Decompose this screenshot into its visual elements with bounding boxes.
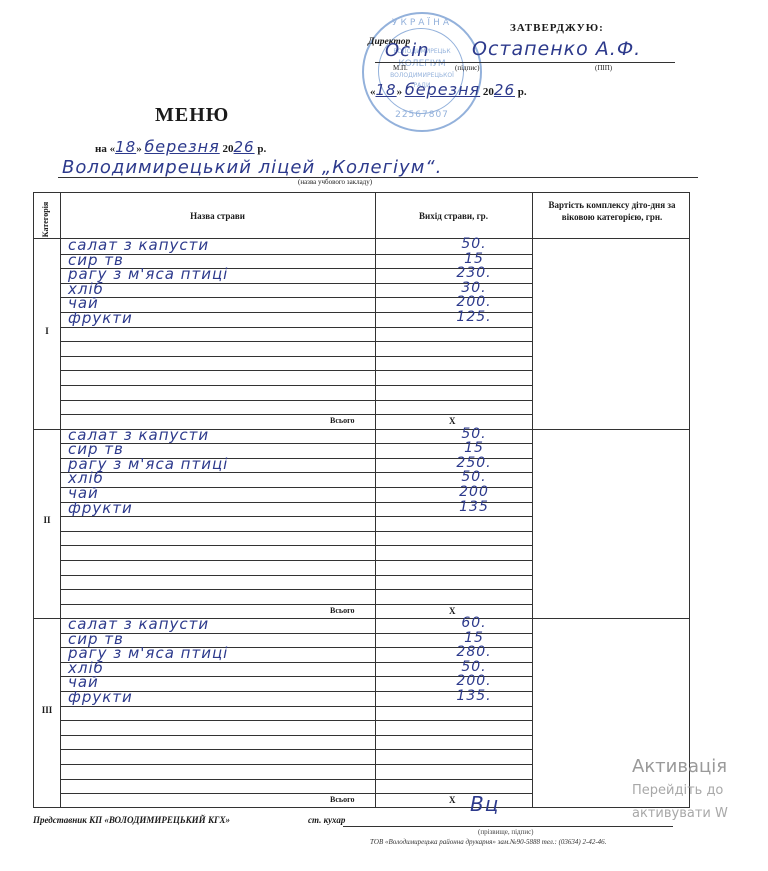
- menu-date: на «18» березня 2026 р.: [95, 137, 266, 156]
- row-line: [60, 720, 532, 721]
- col-divider-dish: [375, 193, 376, 807]
- signature-line: [375, 62, 675, 63]
- dish-output: 30.: [429, 280, 519, 296]
- dish-output: 230.: [429, 265, 519, 281]
- menu-title: МЕНЮ: [155, 104, 229, 127]
- menu-month: березня: [144, 137, 219, 156]
- dish-output: 15: [429, 440, 519, 456]
- dish-output: 50.: [429, 659, 519, 675]
- dish-output: 135: [429, 499, 519, 515]
- total-label: Всього: [330, 795, 355, 804]
- dish-output: 250.: [429, 455, 519, 471]
- menu-date-prefix: на «: [95, 143, 115, 155]
- quote-close: »: [397, 86, 403, 98]
- row-line: [60, 414, 532, 415]
- representative-label: Представник КП «ВОЛОДИМИРЕЦЬКИЙ КГХ»: [33, 815, 230, 825]
- dish-output: 50.: [429, 426, 519, 442]
- approval-date: «18» березня 2026 р.: [370, 80, 527, 99]
- col-divider-category: [60, 193, 61, 807]
- row-line: [60, 779, 532, 780]
- dish-name: фрукти: [68, 499, 133, 517]
- dish-output: 50.: [429, 469, 519, 485]
- dish-output: 15: [429, 630, 519, 646]
- menu-year: 26: [234, 138, 255, 156]
- dish-output: 200: [429, 484, 519, 500]
- cook-signature-line: [343, 826, 673, 827]
- school-caption: (назва учбового закладу): [298, 178, 372, 186]
- activation-watermark-title: Активація: [632, 756, 727, 777]
- approval-year: 26: [494, 81, 515, 99]
- official-stamp: УКРАЇНА ВОЛОДИМИРЕЦЬК КОЛЕГІУМ ВОЛОДИМИР…: [362, 12, 482, 132]
- row-line: [60, 560, 532, 561]
- printer-info: ТОВ «Володимирецька районна друкарня» за…: [370, 838, 606, 846]
- row-line: [60, 604, 532, 605]
- row-line: [60, 575, 532, 576]
- dish-name: фрукти: [68, 309, 133, 327]
- activation-watermark-line2: Перейдіть до: [632, 783, 723, 798]
- school-line: [58, 177, 698, 178]
- header-cost: Вартість комплексу діто-дня за віковою к…: [537, 199, 687, 223]
- row-line: [60, 793, 532, 794]
- activation-watermark-line3: активувати W: [632, 806, 728, 821]
- dish-output: 200.: [429, 294, 519, 310]
- year-tail: р.: [518, 86, 527, 98]
- row-line: [60, 400, 532, 401]
- school-name: Володимирецький ліцей „Колегіум“.: [62, 157, 442, 178]
- cook-caption: (прізвище, підпис): [478, 828, 534, 836]
- dish-output: 135.: [429, 688, 519, 704]
- row-line: [60, 531, 532, 532]
- header-dish: Назва страви: [60, 211, 375, 221]
- category-label: III: [34, 705, 60, 715]
- sign-caption: (підпис): [455, 64, 480, 72]
- row-line: [60, 370, 532, 371]
- total-label: Всього: [330, 606, 355, 615]
- dish-output: 200.: [429, 673, 519, 689]
- row-line: [60, 735, 532, 736]
- row-line: [60, 764, 532, 765]
- row-line: [60, 749, 532, 750]
- year-prefix: 20: [483, 86, 494, 98]
- mp-caption: М.П.: [393, 64, 408, 72]
- stamp-country: УКРАЇНА: [364, 18, 480, 28]
- approval-day: 18: [376, 81, 397, 99]
- col-divider-output: [532, 193, 533, 807]
- menu-table: Категорія Назва страви Вихід страви, гр.…: [33, 192, 690, 808]
- dish-output: 280.: [429, 644, 519, 660]
- dish-name: фрукти: [68, 688, 133, 706]
- approval-month: березня: [405, 80, 480, 99]
- header-category: Категорія: [36, 201, 58, 239]
- row-line: [60, 385, 532, 386]
- row-line: [60, 545, 532, 546]
- cook-signature: Вц: [470, 792, 499, 816]
- dish-output: 60.: [429, 615, 519, 631]
- cook-label: ст. кухар: [308, 815, 345, 825]
- menu-year-tail: р.: [257, 143, 266, 155]
- row-line: [60, 589, 532, 590]
- director-signature: Ocin: [385, 40, 429, 61]
- approval-heading: ЗАТВЕРДЖУЮ:: [510, 22, 604, 34]
- menu-day: 18: [115, 138, 136, 156]
- row-line: [60, 341, 532, 342]
- header-category-text: Категорія: [41, 202, 50, 237]
- dish-output: 125.: [429, 309, 519, 325]
- header-output: Вихід страви, гр.: [375, 211, 532, 221]
- menu-year-prefix: 20: [223, 143, 234, 155]
- total-mark: X: [449, 795, 456, 805]
- category-label: I: [34, 326, 60, 336]
- dish-output: 50.: [429, 236, 519, 252]
- row-line: [60, 356, 532, 357]
- dish-output: 15: [429, 251, 519, 267]
- pib-caption: (ПІП): [595, 64, 612, 72]
- total-label: Всього: [330, 416, 355, 425]
- director-name: Остапенко А.Ф.: [472, 38, 641, 60]
- stamp-code: 22567807: [364, 110, 480, 120]
- menu-date-mid: »: [136, 143, 142, 155]
- category-label: II: [34, 515, 60, 525]
- stamp-line3: ВОЛОДИМИРЕЦЬКОЇ: [364, 72, 480, 79]
